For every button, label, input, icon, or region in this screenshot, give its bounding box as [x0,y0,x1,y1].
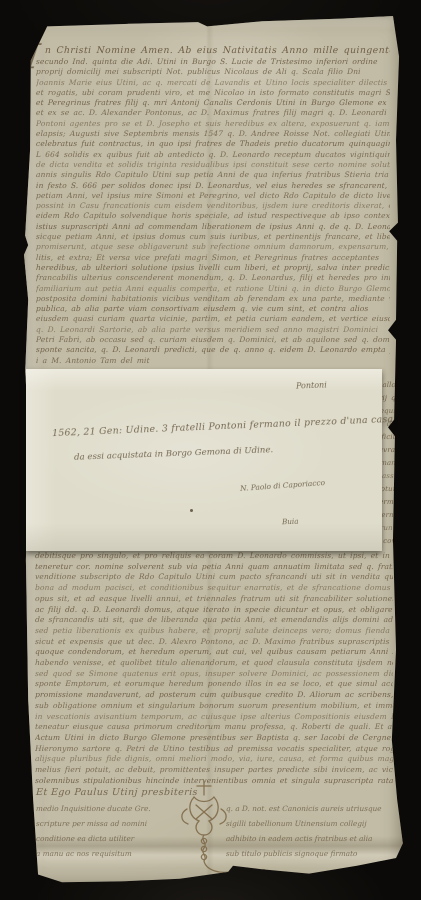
ink-dot [190,509,193,512]
notary-signum-icon [172,778,304,882]
manuscript-line: opus sit, et ad easque livelli annui, et… [35,594,393,605]
manuscript-line: de dicta vendita et solidis triginta res… [36,160,390,170]
manuscript-line: annis singulis Rdo Capitulo Utini sup pe… [36,170,390,180]
manuscript-line: celebratus fuit contractus, in quo ipsi … [36,139,390,149]
upper-text-block: n Christi Nomine Amen. Ab eius Nativitat… [36,44,390,368]
manuscript-line: ac filij dd. q. D. Leonardi domus, atque… [35,605,393,616]
manuscript-line: sed petia liberationis ex quibus habere,… [35,626,393,637]
manuscript-line: Petri Fabri, ab occasu sed q. curiam eiu… [36,335,390,345]
manuscript-line: sub obligatione omnium et singularium bo… [35,701,393,712]
manuscript-line: proprij domicilij mei subscripti Not. pu… [36,67,390,77]
manuscript-line: habendo venisse, et quolibet titulo alie… [35,658,393,669]
manuscript-line: L 664 solidis ex quibus fuit ab antedict… [36,150,390,160]
manuscript-line: sicut et expensis que ut dec. D. Alexro … [35,637,393,648]
manuscript-line: francabilis ulterius conscenderent monen… [36,273,390,283]
notary-text-left: conditione ea dicta utiliter [36,834,184,844]
manuscript-line: Actum Utini in dicto Burgo Glemone prese… [35,733,393,744]
manuscript-line: sed quod se Simone quatenus erit opus, i… [35,669,393,680]
lower-text-block: debitisque pro singulo, et pro reliquis … [35,551,393,789]
slip-annotator-name: Pontoni [296,380,327,390]
archival-slip-overlay: Pontoni 1562, 21 Gen: Udine. 3 fratelli … [26,369,382,551]
manuscript-line: promissione mandaverunt, ad posterum cum… [35,690,393,701]
manuscript-line: i a M. Antonio Tam del mit [36,356,390,366]
slip-date-note-line1: 1562, 21 Gen: Udine. 3 fratelli Pontoni … [52,414,394,439]
manuscript-line: teneatur eiusque causa primorum creditor… [35,722,393,733]
manuscript-line: elapsis; Augusti sive Septembris mensis … [36,129,390,139]
manuscript-photo: I n Christi Nomine Amen. Ab eius Nativit… [0,0,421,900]
manuscript-line: sponte sancita, q. D. Leonardi predicti,… [36,345,390,355]
manuscript-line: debitisque pro singulo, et pro reliquis … [35,551,393,562]
manuscript-line: venditione subscripto de Rdo Capitulo Ut… [35,572,393,583]
manuscript-line: Joannis Marie eius Utini, ac q. mercati … [36,78,390,88]
manuscript-line: alijsque pluribus fide dignis, omni meli… [35,754,393,765]
slip-docket-word: Buia [282,517,299,527]
manuscript-line: petiam Anni, vel ipsius mire Simoni et P… [36,191,390,201]
manuscript-line: possint in Casu francationis cum eisdem … [36,201,390,211]
slip-date-note-line2: da essi acquistata in Borgo Gemona di Ud… [74,445,274,463]
manuscript-line: in vescationis avisantium temporum, ac c… [35,712,393,723]
notary-text-left: medio Inquisitione ducate Gre. [36,804,184,814]
manuscript-line: q. D. Leonardi Sartorie, ab alia parte v… [36,325,390,335]
manuscript-line: n Christi Nomine Amen. Ab eius Nativitat… [36,44,390,57]
manuscript-line: in festo S. 666 per solidos donec ipsi D… [36,181,390,191]
manuscript-line: et rogatis, ubi coram prudenti viro, et … [36,88,390,98]
manuscript-line: eiusdem quasi curiam quarta vicinie, par… [36,314,390,324]
manuscript-line: Hieronymo sartore q. Petri de Utino test… [35,744,393,755]
slip-signature: N. Paolo di Caporiacco [240,478,325,493]
manuscript-line: bona ad modum pacisci, et conditionibus … [35,583,393,594]
manuscript-line: istius suprascripti Anni ad commendam li… [36,222,390,232]
manuscript-line: eidem Rdo Capitulo solvendique horis spe… [36,211,390,221]
manuscript-line: Pontoni agentes pro se et D. Josepho et … [36,119,390,129]
manuscript-line: de sfrancandis uti sit, que de liberanda… [35,615,393,626]
notary-text-left: scripture per missa ad nomini [36,819,184,829]
manuscript-line: sicque petiam Anni, et ipsius domus cum … [36,232,390,242]
manuscript-line: secundo Ind. quinta die Adi. Utini in Bu… [36,57,390,67]
manuscript-line: familiarium aut petia Anni equalis compe… [36,284,390,294]
manuscript-line: et ex se ac. D. Alexander Pontonus, ac D… [36,108,390,118]
manuscript-line: litis, et extra; Et versa vice prefati m… [36,253,390,263]
manuscript-line: et Peregrinus fratres filij q. mri Anton… [36,98,390,108]
manuscript-line: publica, ab alia parte viam consortivam … [36,304,390,314]
manuscript-line: quoque condendorum, et heredum operum, a… [35,647,393,658]
manuscript-line: sponte Emptorum, et eorumque heredum pon… [35,679,393,690]
manuscript-line: melius fieri potuit, ac debuit, promitte… [35,765,393,776]
manuscript-line: teneretur cor. nomine solverent sub via … [35,562,393,573]
manuscript-line: heredibus, ab ulteriori solutione ipsius… [36,263,390,273]
manuscript-line: postposita domini habitationis vicibus v… [36,294,390,304]
manuscript-line: promiserunt, atque sese obligaverunt sub… [36,242,390,252]
notary-text-left: a manu ac nos requisitum [36,849,184,859]
